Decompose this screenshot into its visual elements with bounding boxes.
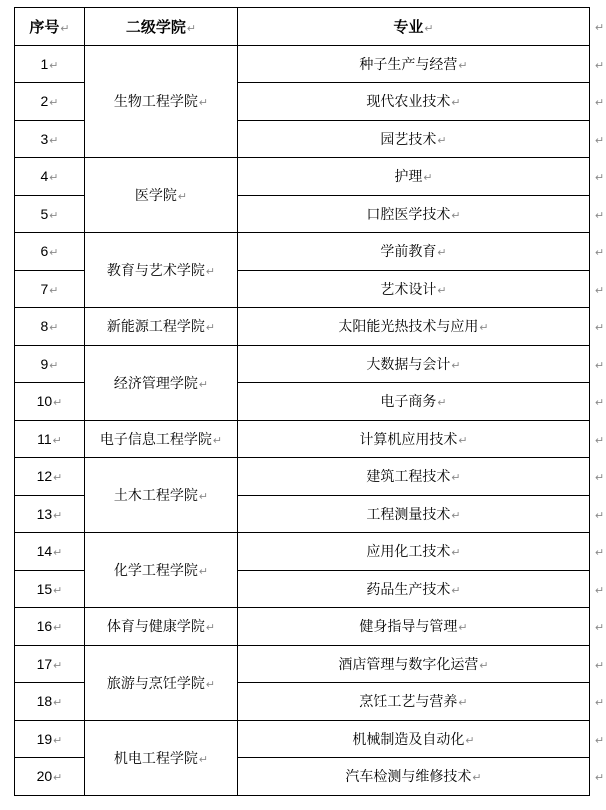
row-number-cell: 20↵ bbox=[15, 758, 85, 796]
major-cell: 药品生产技术↵ bbox=[238, 570, 590, 608]
row-number-cell: 18↵ bbox=[15, 683, 85, 721]
row-end-mark-cell: ↵ bbox=[590, 270, 606, 308]
end-of-line-mark-icon: ↵ bbox=[437, 135, 446, 147]
row-number: 16 bbox=[37, 618, 53, 634]
row-number-cell: 1↵ bbox=[15, 45, 85, 83]
end-of-line-mark-icon: ↵ bbox=[53, 585, 62, 597]
row-number-cell: 16↵ bbox=[15, 608, 85, 646]
row-number: 20 bbox=[37, 768, 53, 784]
end-of-line-mark-icon: ↵ bbox=[451, 97, 460, 109]
row-number-cell: 3↵ bbox=[15, 120, 85, 158]
end-of-line-mark-icon: ↵ bbox=[451, 360, 460, 372]
row-end-mark-cell: ↵ bbox=[590, 45, 606, 83]
major-cell: 艺术设计↵ bbox=[238, 270, 590, 308]
end-of-line-mark-icon: ↵ bbox=[458, 60, 467, 72]
end-of-line-mark-icon: ↵ bbox=[458, 435, 467, 447]
major-name: 现代农业技术 bbox=[366, 93, 450, 109]
end-of-line-mark-icon: ↵ bbox=[53, 735, 62, 747]
end-of-line-mark-icon: ↵ bbox=[49, 172, 58, 184]
row-end-mark-cell: ↵ bbox=[590, 308, 606, 346]
table-row: 16↵体育与健康学院↵健身指导与管理↵↵ bbox=[15, 608, 606, 646]
end-of-line-mark-icon: ↵ bbox=[199, 491, 208, 503]
row-number-cell: 19↵ bbox=[15, 720, 85, 758]
end-of-line-mark-icon: ↵ bbox=[53, 622, 62, 634]
college-name: 土木工程学院 bbox=[114, 487, 198, 503]
end-of-line-mark-icon: ↵ bbox=[595, 660, 604, 672]
table-row: 8↵新能源工程学院↵太阳能光热技术与应用↵↵ bbox=[15, 308, 606, 346]
end-of-line-mark-icon: ↵ bbox=[595, 697, 604, 709]
major-name: 工程测量技术 bbox=[366, 506, 450, 522]
table-row: 11↵电子信息工程学院↵计算机应用技术↵↵ bbox=[15, 420, 606, 458]
end-of-line-mark-icon: ↵ bbox=[423, 172, 432, 184]
table-row: 17↵旅游与烹饪学院↵酒店管理与数字化运营↵↵ bbox=[15, 645, 606, 683]
end-of-line-mark-icon: ↵ bbox=[595, 547, 604, 559]
row-end-mark-cell: ↵ bbox=[590, 608, 606, 646]
end-of-line-mark-icon: ↵ bbox=[53, 510, 62, 522]
document-page: { "document": { "background": "#ffffff" … bbox=[0, 0, 606, 810]
major-name: 汽车检测与维修技术 bbox=[345, 768, 471, 784]
row-number: 15 bbox=[37, 581, 53, 597]
row-number: 7 bbox=[40, 281, 48, 297]
header-label-no: 序号 bbox=[29, 19, 59, 36]
header-row: 序号↵二级学院↵专业↵↵ bbox=[15, 8, 606, 46]
end-of-line-mark-icon: ↵ bbox=[595, 285, 604, 297]
end-of-line-mark-icon: ↵ bbox=[479, 660, 488, 672]
major-name: 烹饪工艺与营养 bbox=[359, 693, 457, 709]
row-number: 5 bbox=[40, 206, 48, 222]
header-cell-no: 序号↵ bbox=[15, 8, 85, 46]
major-name: 健身指导与管理 bbox=[359, 618, 457, 634]
table-head: 序号↵二级学院↵专业↵↵ bbox=[15, 8, 606, 46]
row-end-mark-cell: ↵ bbox=[590, 120, 606, 158]
end-of-line-mark-icon: ↵ bbox=[595, 360, 604, 372]
row-end-mark-cell: ↵ bbox=[590, 8, 606, 46]
row-number-cell: 5↵ bbox=[15, 195, 85, 233]
end-of-line-mark-icon: ↵ bbox=[49, 97, 58, 109]
major-name: 种子生产与经营 bbox=[359, 56, 457, 72]
college-cell: 医学院↵ bbox=[85, 158, 238, 233]
college-name: 体育与健康学院 bbox=[107, 618, 205, 634]
row-end-mark-cell: ↵ bbox=[590, 158, 606, 196]
end-of-line-mark-icon: ↵ bbox=[49, 322, 58, 334]
end-of-line-mark-icon: ↵ bbox=[595, 22, 604, 34]
end-of-line-mark-icon: ↵ bbox=[595, 97, 604, 109]
row-number-cell: 10↵ bbox=[15, 383, 85, 421]
row-number: 1 bbox=[40, 56, 48, 72]
college-cell: 教育与艺术学院↵ bbox=[85, 233, 238, 308]
row-number: 9 bbox=[40, 356, 48, 372]
header-label-major: 专业 bbox=[393, 19, 423, 36]
end-of-line-mark-icon: ↵ bbox=[595, 247, 604, 259]
end-of-line-mark-icon: ↵ bbox=[49, 135, 58, 147]
major-name: 建筑工程技术 bbox=[366, 468, 450, 484]
end-of-line-mark-icon: ↵ bbox=[595, 622, 604, 634]
row-number: 11 bbox=[37, 431, 52, 447]
end-of-line-mark-icon: ↵ bbox=[206, 679, 215, 691]
row-end-mark-cell: ↵ bbox=[590, 233, 606, 271]
header-cell-college: 二级学院↵ bbox=[85, 8, 238, 46]
row-end-mark-cell: ↵ bbox=[590, 495, 606, 533]
end-of-line-mark-icon: ↵ bbox=[49, 247, 58, 259]
major-cell: 学前教育↵ bbox=[238, 233, 590, 271]
end-of-line-mark-icon: ↵ bbox=[595, 510, 604, 522]
row-number: 18 bbox=[37, 693, 53, 709]
end-of-line-mark-icon: ↵ bbox=[465, 735, 474, 747]
end-of-line-mark-icon: ↵ bbox=[206, 622, 215, 634]
major-name: 大数据与会计 bbox=[366, 356, 450, 372]
row-number: 6 bbox=[40, 243, 48, 259]
end-of-line-mark-icon: ↵ bbox=[595, 772, 604, 784]
major-cell: 建筑工程技术↵ bbox=[238, 458, 590, 496]
end-of-line-mark-icon: ↵ bbox=[472, 772, 481, 784]
row-number: 4 bbox=[40, 168, 48, 184]
end-of-line-mark-icon: ↵ bbox=[49, 285, 58, 297]
end-of-line-mark-icon: ↵ bbox=[458, 697, 467, 709]
row-end-mark-cell: ↵ bbox=[590, 720, 606, 758]
major-cell: 太阳能光热技术与应用↵ bbox=[238, 308, 590, 346]
college-name: 教育与艺术学院 bbox=[107, 262, 205, 278]
major-cell: 口腔医学技术↵ bbox=[238, 195, 590, 233]
major-name: 护理 bbox=[394, 168, 422, 184]
end-of-line-mark-icon: ↵ bbox=[595, 172, 604, 184]
major-name: 太阳能光热技术与应用 bbox=[338, 318, 478, 334]
college-name: 医学院 bbox=[135, 187, 177, 203]
row-number-cell: 9↵ bbox=[15, 345, 85, 383]
row-end-mark-cell: ↵ bbox=[590, 570, 606, 608]
end-of-line-mark-icon: ↵ bbox=[53, 435, 62, 447]
end-of-line-mark-icon: ↵ bbox=[213, 435, 222, 447]
college-name: 生物工程学院 bbox=[114, 93, 198, 109]
row-number-cell: 6↵ bbox=[15, 233, 85, 271]
college-cell: 体育与健康学院↵ bbox=[85, 608, 238, 646]
major-name: 计算机应用技术 bbox=[359, 431, 457, 447]
college-cell: 化学工程学院↵ bbox=[85, 533, 238, 608]
row-number: 8 bbox=[40, 318, 48, 334]
college-name: 经济管理学院 bbox=[114, 375, 198, 391]
major-name: 机械制造及自动化 bbox=[352, 731, 464, 747]
end-of-line-mark-icon: ↵ bbox=[437, 397, 446, 409]
end-of-line-mark-icon: ↵ bbox=[199, 97, 208, 109]
end-of-line-mark-icon: ↵ bbox=[53, 660, 62, 672]
end-of-line-mark-icon: ↵ bbox=[451, 510, 460, 522]
major-name: 酒店管理与数字化运营 bbox=[338, 656, 478, 672]
major-cell: 种子生产与经营↵ bbox=[238, 45, 590, 83]
end-of-line-mark-icon: ↵ bbox=[595, 472, 604, 484]
major-cell: 酒店管理与数字化运营↵ bbox=[238, 645, 590, 683]
row-end-mark-cell: ↵ bbox=[590, 758, 606, 796]
end-of-line-mark-icon: ↵ bbox=[49, 360, 58, 372]
college-cell: 新能源工程学院↵ bbox=[85, 308, 238, 346]
row-number-cell: 2↵ bbox=[15, 83, 85, 121]
row-number-cell: 12↵ bbox=[15, 458, 85, 496]
end-of-line-mark-icon: ↵ bbox=[53, 547, 62, 559]
end-of-line-mark-icon: ↵ bbox=[424, 23, 433, 35]
college-cell: 生物工程学院↵ bbox=[85, 45, 238, 158]
end-of-line-mark-icon: ↵ bbox=[53, 472, 62, 484]
table-row: 1↵生物工程学院↵种子生产与经营↵↵ bbox=[15, 45, 606, 83]
row-number: 10 bbox=[37, 393, 53, 409]
row-number: 17 bbox=[37, 656, 53, 672]
college-name: 新能源工程学院 bbox=[107, 318, 205, 334]
table-row: 9↵经济管理学院↵大数据与会计↵↵ bbox=[15, 345, 606, 383]
row-end-mark-cell: ↵ bbox=[590, 533, 606, 571]
table-body: 1↵生物工程学院↵种子生产与经营↵↵2↵现代农业技术↵↵3↵园艺技术↵↵4↵医学… bbox=[15, 45, 606, 795]
header-cell-major: 专业↵ bbox=[238, 8, 590, 46]
end-of-line-mark-icon: ↵ bbox=[49, 210, 58, 222]
row-number-cell: 15↵ bbox=[15, 570, 85, 608]
major-name: 园艺技术 bbox=[380, 131, 436, 147]
major-name: 电子商务 bbox=[380, 393, 436, 409]
end-of-line-mark-icon: ↵ bbox=[451, 547, 460, 559]
major-cell: 现代农业技术↵ bbox=[238, 83, 590, 121]
college-name: 旅游与烹饪学院 bbox=[107, 675, 205, 691]
row-number: 2 bbox=[40, 93, 48, 109]
end-of-line-mark-icon: ↵ bbox=[595, 135, 604, 147]
row-end-mark-cell: ↵ bbox=[590, 345, 606, 383]
row-number-cell: 11↵ bbox=[15, 420, 85, 458]
college-name: 电子信息工程学院 bbox=[100, 431, 212, 447]
end-of-line-mark-icon: ↵ bbox=[595, 397, 604, 409]
header-label-college: 二级学院 bbox=[126, 19, 186, 36]
college-cell: 土木工程学院↵ bbox=[85, 458, 238, 533]
row-number-cell: 8↵ bbox=[15, 308, 85, 346]
college-cell: 电子信息工程学院↵ bbox=[85, 420, 238, 458]
table-row: 14↵化学工程学院↵应用化工技术↵↵ bbox=[15, 533, 606, 571]
end-of-line-mark-icon: ↵ bbox=[53, 697, 62, 709]
end-of-line-mark-icon: ↵ bbox=[458, 622, 467, 634]
college-cell: 经济管理学院↵ bbox=[85, 345, 238, 420]
end-of-line-mark-icon: ↵ bbox=[178, 191, 187, 203]
major-cell: 健身指导与管理↵ bbox=[238, 608, 590, 646]
college-name: 机电工程学院 bbox=[114, 750, 198, 766]
major-name: 学前教育 bbox=[380, 243, 436, 259]
table-row: 12↵土木工程学院↵建筑工程技术↵↵ bbox=[15, 458, 606, 496]
major-cell: 园艺技术↵ bbox=[238, 120, 590, 158]
row-end-mark-cell: ↵ bbox=[590, 683, 606, 721]
end-of-line-mark-icon: ↵ bbox=[451, 210, 460, 222]
end-of-line-mark-icon: ↵ bbox=[595, 60, 604, 72]
end-of-line-mark-icon: ↵ bbox=[187, 23, 196, 35]
end-of-line-mark-icon: ↵ bbox=[595, 435, 604, 447]
table-row: 4↵医学院↵护理↵↵ bbox=[15, 158, 606, 196]
major-cell: 机械制造及自动化↵ bbox=[238, 720, 590, 758]
row-number: 3 bbox=[40, 131, 48, 147]
majors-table: 序号↵二级学院↵专业↵↵ 1↵生物工程学院↵种子生产与经营↵↵2↵现代农业技术↵… bbox=[14, 7, 606, 796]
major-name: 应用化工技术 bbox=[366, 543, 450, 559]
table-row: 6↵教育与艺术学院↵学前教育↵↵ bbox=[15, 233, 606, 271]
end-of-line-mark-icon: ↵ bbox=[437, 285, 446, 297]
end-of-line-mark-icon: ↵ bbox=[199, 566, 208, 578]
college-name: 化学工程学院 bbox=[114, 562, 198, 578]
college-cell: 旅游与烹饪学院↵ bbox=[85, 645, 238, 720]
end-of-line-mark-icon: ↵ bbox=[53, 772, 62, 784]
row-end-mark-cell: ↵ bbox=[590, 420, 606, 458]
major-name: 艺术设计 bbox=[380, 281, 436, 297]
end-of-line-mark-icon: ↵ bbox=[479, 322, 488, 334]
row-number-cell: 14↵ bbox=[15, 533, 85, 571]
end-of-line-mark-icon: ↵ bbox=[437, 247, 446, 259]
row-number: 14 bbox=[37, 543, 53, 559]
end-of-line-mark-icon: ↵ bbox=[199, 754, 208, 766]
major-cell: 工程测量技术↵ bbox=[238, 495, 590, 533]
end-of-line-mark-icon: ↵ bbox=[206, 266, 215, 278]
end-of-line-mark-icon: ↵ bbox=[206, 322, 215, 334]
major-name: 口腔医学技术 bbox=[366, 206, 450, 222]
end-of-line-mark-icon: ↵ bbox=[595, 210, 604, 222]
major-name: 药品生产技术 bbox=[366, 581, 450, 597]
end-of-line-mark-icon: ↵ bbox=[60, 23, 69, 35]
major-cell: 应用化工技术↵ bbox=[238, 533, 590, 571]
row-number-cell: 13↵ bbox=[15, 495, 85, 533]
row-end-mark-cell: ↵ bbox=[590, 383, 606, 421]
end-of-line-mark-icon: ↵ bbox=[53, 397, 62, 409]
major-cell: 电子商务↵ bbox=[238, 383, 590, 421]
end-of-line-mark-icon: ↵ bbox=[451, 585, 460, 597]
end-of-line-mark-icon: ↵ bbox=[595, 735, 604, 747]
row-number: 12 bbox=[37, 468, 53, 484]
row-number-cell: 17↵ bbox=[15, 645, 85, 683]
end-of-line-mark-icon: ↵ bbox=[49, 60, 58, 72]
table-row: 19↵机电工程学院↵机械制造及自动化↵↵ bbox=[15, 720, 606, 758]
row-number: 13 bbox=[37, 506, 53, 522]
row-number-cell: 4↵ bbox=[15, 158, 85, 196]
major-cell: 烹饪工艺与营养↵ bbox=[238, 683, 590, 721]
row-end-mark-cell: ↵ bbox=[590, 458, 606, 496]
row-number: 19 bbox=[37, 731, 53, 747]
major-cell: 护理↵ bbox=[238, 158, 590, 196]
row-end-mark-cell: ↵ bbox=[590, 195, 606, 233]
end-of-line-mark-icon: ↵ bbox=[595, 585, 604, 597]
row-number-cell: 7↵ bbox=[15, 270, 85, 308]
college-cell: 机电工程学院↵ bbox=[85, 720, 238, 795]
major-cell: 汽车检测与维修技术↵ bbox=[238, 758, 590, 796]
end-of-line-mark-icon: ↵ bbox=[595, 322, 604, 334]
row-end-mark-cell: ↵ bbox=[590, 83, 606, 121]
end-of-line-mark-icon: ↵ bbox=[199, 379, 208, 391]
major-cell: 大数据与会计↵ bbox=[238, 345, 590, 383]
major-cell: 计算机应用技术↵ bbox=[238, 420, 590, 458]
end-of-line-mark-icon: ↵ bbox=[451, 472, 460, 484]
row-end-mark-cell: ↵ bbox=[590, 645, 606, 683]
